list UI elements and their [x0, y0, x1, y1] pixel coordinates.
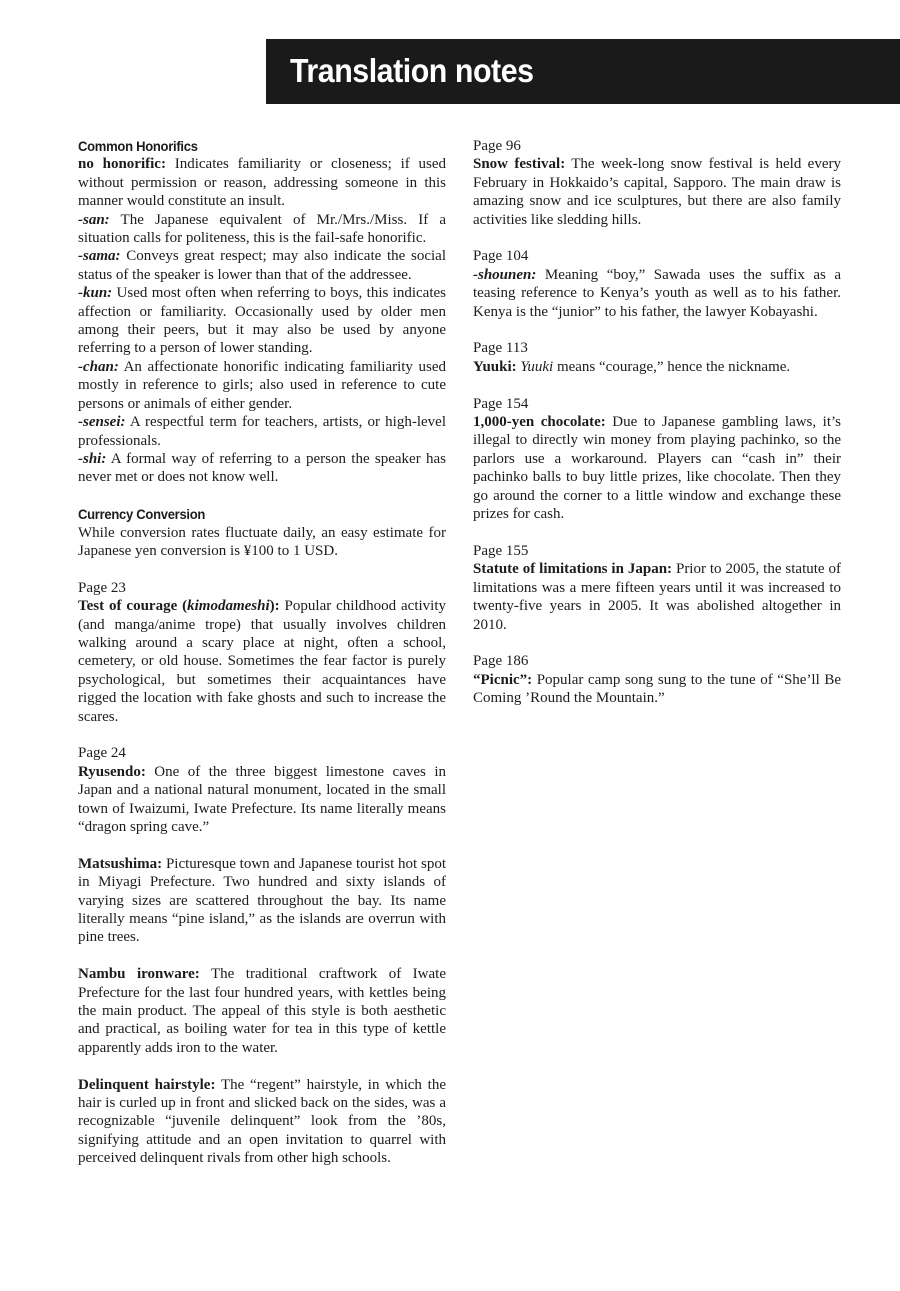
- entry-term: “Picnic”:: [473, 672, 532, 688]
- note-entry-delinquent-hairstyle: Delinquent hairstyle: The “regent” hairs…: [78, 1076, 446, 1168]
- page-label: Page 24: [78, 744, 446, 762]
- page-label: Page 113: [473, 339, 841, 357]
- entry-text: Used most often when referring to boys, …: [78, 285, 446, 356]
- entry-italic: Yuuki: [517, 359, 554, 375]
- page-label: Page 104: [473, 247, 841, 265]
- entry-term: Yuuki:: [473, 359, 517, 375]
- note-page-24: Page 24 Ryusendo: One of the three bigge…: [78, 744, 446, 1167]
- entry-text: Popular childhood activity (and manga/an…: [78, 598, 446, 724]
- note-entry-test-of-courage: Test of courage (kimodameshi): Popular c…: [78, 597, 446, 726]
- entry-term: ):: [270, 598, 280, 614]
- note-entry-1000-yen-chocolate: 1,000-yen chocolate: Due to Japanese gam…: [473, 413, 841, 523]
- spacer: [473, 634, 841, 652]
- entry-text: A respectful term for teachers, artists,…: [78, 414, 446, 448]
- entry-term: -sama:: [78, 248, 121, 264]
- note-page-23: Page 23 Test of courage (kimodameshi): P…: [78, 579, 446, 726]
- entry-term: -shi:: [78, 451, 106, 467]
- honorific-entry-san: -san: The Japanese equivalent of Mr./Mrs…: [78, 211, 446, 248]
- note-entry-yuuki: Yuuki: Yuuki means “courage,” hence the …: [473, 358, 841, 376]
- honorifics-section: Common Honorifics no honorific: Indicate…: [78, 137, 446, 487]
- note-entry-statute-of-limitations: Statute of limitations in Japan: Prior t…: [473, 560, 841, 634]
- entry-term: Matsushima:: [78, 856, 162, 872]
- page-label: Page 186: [473, 652, 841, 670]
- note-page-186: Page 186 “Picnic”: Popular camp song sun…: [473, 652, 841, 707]
- note-entry-nambu-ironware: Nambu ironware: The traditional craftwor…: [78, 965, 446, 1057]
- note-entry-matsushima: Matsushima: Picturesque town and Japanes…: [78, 855, 446, 947]
- honorific-entry-sama: -sama: Conveys great respect; may also i…: [78, 247, 446, 284]
- note-page-104: Page 104 -shounen: Meaning “boy,” Sawada…: [473, 247, 841, 321]
- entry-term: Snow festival:: [473, 156, 565, 172]
- page-title: Translation notes: [290, 49, 534, 93]
- entry-term: Ryusendo:: [78, 764, 146, 780]
- header-bar: Translation notes: [266, 39, 900, 104]
- entry-term: Nambu ironware:: [78, 966, 200, 982]
- entry-text: The Japanese equivalent of Mr./Mrs./Miss…: [78, 212, 446, 246]
- currency-text: While conversion rates fluctuate daily, …: [78, 524, 446, 561]
- entry-text: Conveys great respect; may also indicate…: [78, 248, 446, 282]
- spacer: [473, 376, 841, 394]
- page-label: Page 154: [473, 395, 841, 413]
- note-page-155: Page 155 Statute of limitations in Japan…: [473, 542, 841, 634]
- entry-term: -kun:: [78, 285, 112, 301]
- note-entry-snow-festival: Snow festival: The week-long snow festiv…: [473, 155, 841, 229]
- entry-term: -chan:: [78, 359, 119, 375]
- honorific-entry-kun: -kun: Used most often when referring to …: [78, 284, 446, 358]
- note-entry-picnic: “Picnic”: Popular camp song sung to the …: [473, 671, 841, 708]
- section-heading-currency: Currency Conversion: [78, 505, 420, 523]
- entry-term: Test of courage (: [78, 598, 187, 614]
- entry-text: A formal way of referring to a person th…: [78, 451, 446, 485]
- note-page-154: Page 154 1,000-yen chocolate: Due to Jap…: [473, 395, 841, 524]
- spacer: [78, 836, 446, 854]
- entry-term: -shounen:: [473, 267, 536, 283]
- spacer: [78, 1057, 446, 1075]
- entry-term: 1,000-yen chocolate:: [473, 414, 606, 430]
- honorific-entry-sensei: -sensei: A respectful term for teachers,…: [78, 413, 446, 450]
- spacer: [78, 560, 446, 578]
- entry-text: An affectionate honorific indicating fam…: [78, 359, 446, 412]
- spacer: [78, 947, 446, 965]
- spacer: [473, 229, 841, 247]
- entry-term: no honorific:: [78, 156, 166, 172]
- note-entry-shounen: -shounen: Meaning “boy,” Sawada uses the…: [473, 266, 841, 321]
- honorific-entry-chan: -chan: An affectionate honorific indicat…: [78, 358, 446, 413]
- entry-term: Delinquent hairstyle:: [78, 1077, 215, 1093]
- honorific-entry-shi: -shi: A formal way of referring to a per…: [78, 450, 446, 487]
- spacer: [473, 523, 841, 541]
- note-page-96: Page 96 Snow festival: The week-long sno…: [473, 137, 841, 229]
- spacer: [78, 726, 446, 744]
- note-entry-ryusendo: Ryusendo: One of the three biggest limes…: [78, 763, 446, 837]
- right-column: Page 96 Snow festival: The week-long sno…: [473, 137, 841, 708]
- entry-text: means “courage,” hence the nickname.: [553, 359, 790, 375]
- entry-term: -san:: [78, 212, 110, 228]
- honorific-entry-none: no honorific: Indicates familiarity or c…: [78, 155, 446, 210]
- page-label: Page 155: [473, 542, 841, 560]
- entry-term: -sensei:: [78, 414, 126, 430]
- section-heading-honorifics: Common Honorifics: [78, 137, 420, 155]
- entry-term: Statute of limitations in Japan:: [473, 561, 672, 577]
- entry-term-italic: kimodameshi: [187, 598, 270, 614]
- page-label: Page 96: [473, 137, 841, 155]
- page-label: Page 23: [78, 579, 446, 597]
- entry-text: Due to Japanese gambling laws, it’s ille…: [473, 414, 841, 522]
- spacer: [78, 487, 446, 505]
- spacer: [473, 321, 841, 339]
- note-page-113: Page 113 Yuuki: Yuuki means “courage,” h…: [473, 339, 841, 376]
- currency-section: Currency Conversion While conversion rat…: [78, 505, 446, 560]
- left-column: Common Honorifics no honorific: Indicate…: [78, 137, 446, 1168]
